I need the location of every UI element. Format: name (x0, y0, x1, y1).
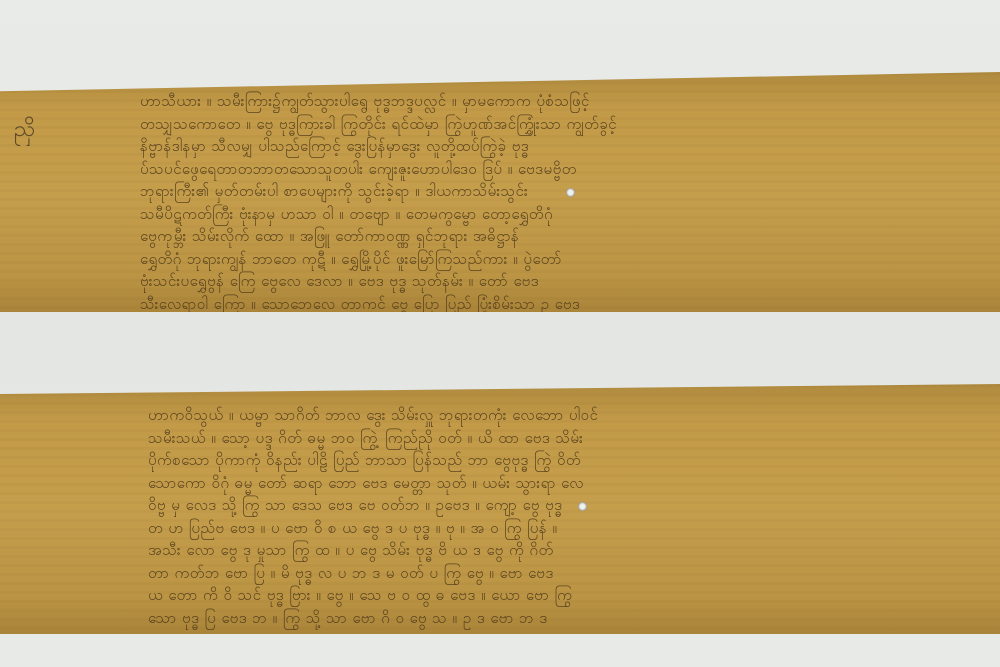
text-line: ဝိဗ္ဗ မှ လေဒ သို့ ကြွ သာ ဒေသ ဗေဒ ဗေ ဝတ်ဘ… (148, 494, 1000, 517)
text-line: ဟာသီယား ။ သမီးကြား၌ကျွတ်သွားပါရွေ ဗုဒ္ဓဘ… (140, 90, 1000, 113)
text-line: တသျှသကောတေ ။ ဗွေ ဗုဒ္ဓကြားခါ ကြွတိုင်း ရ… (140, 113, 1000, 136)
text-line: ရွှေတိဂုံ ဘုရားကျွန် ဘာတေ ကုဋီ ။ ရွှေမြိ… (140, 248, 1000, 271)
text-line: သီးလေရာဝါ ကြော ။ သောဘေလေ တာကင် ဗွေ ပြော … (140, 293, 1000, 313)
text-line: သောကော ဝိဂုံ ဓမ္မ တော် ဆရာ ဘော ဗေဒ မေတ္တ… (148, 472, 1000, 495)
text-line: သမီပိဋကတ်ကြီး ဗုံးနာမှ ဟသာ ဝါ ။ တဗျော ။ … (140, 203, 1000, 226)
text-line: အသီး လော ဗွေ ဒု မှုသာ ကြွ ထ ။ ပ ဗွေ သိမ်… (148, 539, 1000, 562)
palm-leaf-manuscript-bottom: ဟာကဝိသွယ် ။ ယမ္ဗာ သာဂိတ် ဘာလ ဒွေး သိမ်းလ… (0, 384, 1000, 634)
leaf-marginal-label: ညှိ (14, 114, 35, 147)
text-line: ဟာကဝိသွယ် ။ ယမ္ဗာ သာဂိတ် ဘာလ ဒွေး သိမ်းလ… (148, 404, 1000, 427)
text-line: ပ်သပင်ဖွေရေတာတဘာတသောသူတပါး ကျေးဇူးဟောပါဒ… (140, 158, 1000, 181)
text-line: ယ တော ကိ ဝိ သင် ဗုဒ္ဓ ဗြား ။ ဗွေ ။ သေ ဗ … (148, 584, 1000, 607)
palm-leaf-manuscript-top: ညှိ ဟာသီယား ။ သမီးကြား၌ကျွတ်သွားပါရွေ ဗု… (0, 72, 1000, 312)
binding-hole (566, 188, 575, 197)
text-line: ဗွေကုမ္ဘီး သိမ်းလိုက် ထော ။ အဖြူ တော်ကာဝ… (140, 225, 1000, 248)
text-line: နိဗ္ဗာန်ဒါနမှာ သီလမျှ ပါသည်ကြောင့် ဒွေးပ… (140, 135, 1000, 158)
manuscript-text: ဟာကဝိသွယ် ။ ယမ္ဗာ သာဂိတ် ဘာလ ဒွေး သိမ်းလ… (148, 404, 1000, 629)
text-line: ဗုံးသင်းပရွှေဗွန် ကြေ ဗွေလေ ဒေလာ ။ ဗေဒ ဗ… (140, 270, 1000, 293)
text-line: တ ဟ ပြည်ဗ ဗေဒ ။ ပ ဗော ဝိ စ ယ ဗွေ ဒ ပ ဗုဒ… (148, 517, 1000, 540)
text-line: တာ ကတ်ဘ ဗော ပြ ။ မိ ဗုဒ္ဓ လ ပ ဘ ဒ မ ဝတ် … (148, 562, 1000, 585)
text-line: သော ဗုဒ္ဓ ပြ ဗေဒ ဘ ။ ကြွ သို့ သာ ဗော ဂိ … (148, 607, 1000, 630)
text-line: ပိုက်စသော ပိုကာကုံ ဝိနည်း ပါဠိ ပြည် ဘာသာ… (148, 449, 1000, 472)
text-line: သမီးသယ် ။ သော့ ပဒ္ဒ ဂိတ် ဓမ္မ ဘဝ ကြွဲ့ က… (148, 427, 1000, 450)
binding-hole (578, 502, 587, 511)
manuscript-text: ဟာသီယား ။ သမီးကြား၌ကျွတ်သွားပါရွေ ဗုဒ္ဓဘ… (140, 90, 1000, 312)
